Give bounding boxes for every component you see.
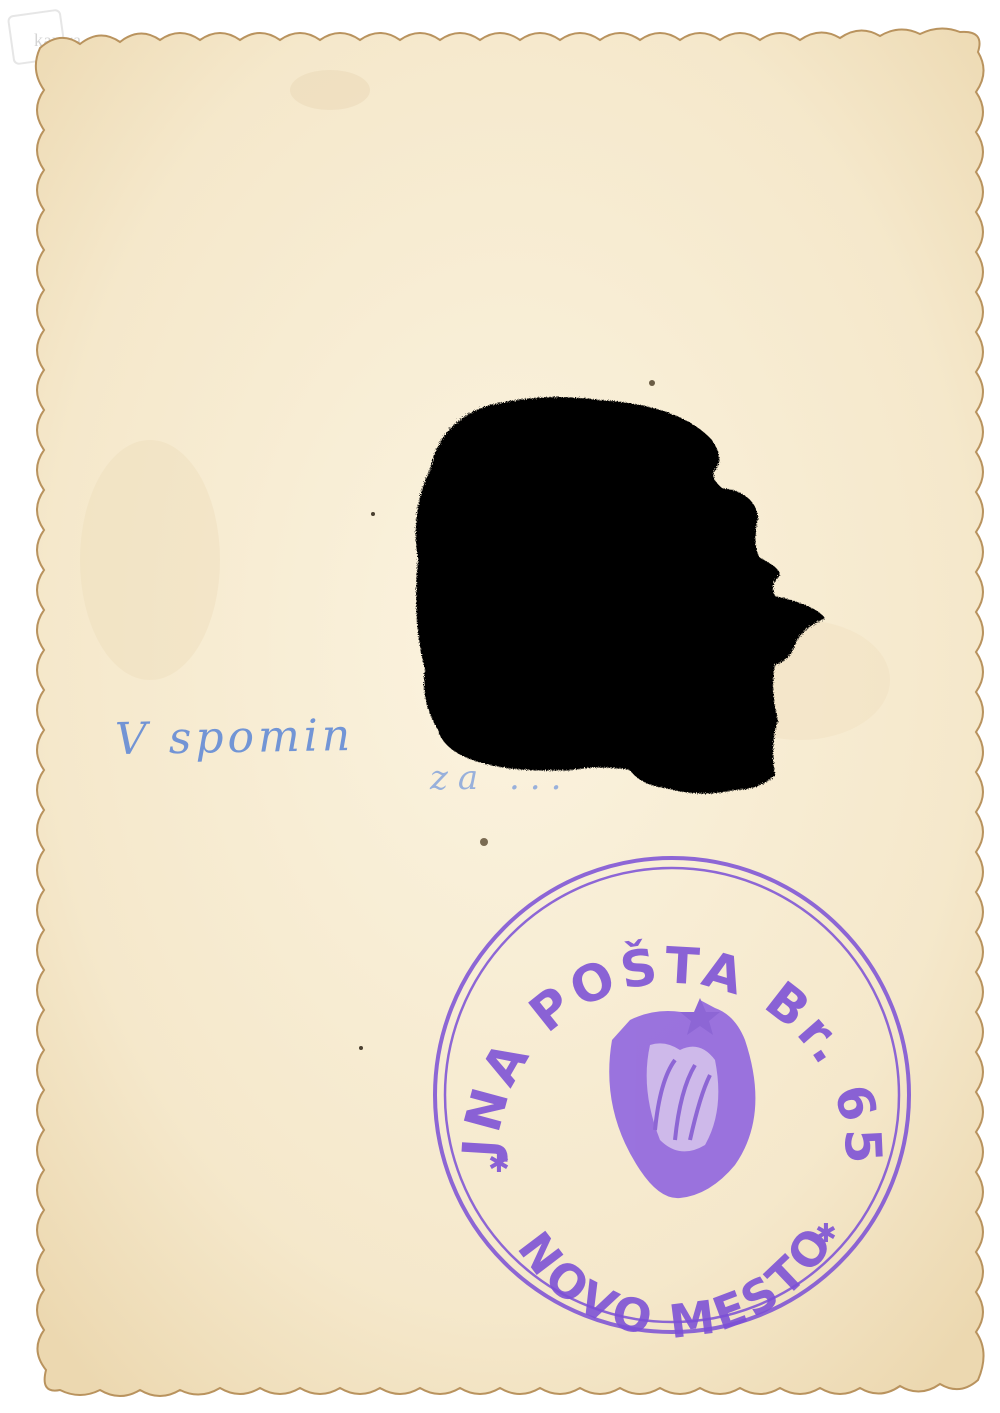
photo-card [0, 0, 1000, 1413]
handwritten-inscription-obscured: za ... [430, 758, 571, 798]
handwritten-inscription: V spomin [115, 710, 355, 765]
